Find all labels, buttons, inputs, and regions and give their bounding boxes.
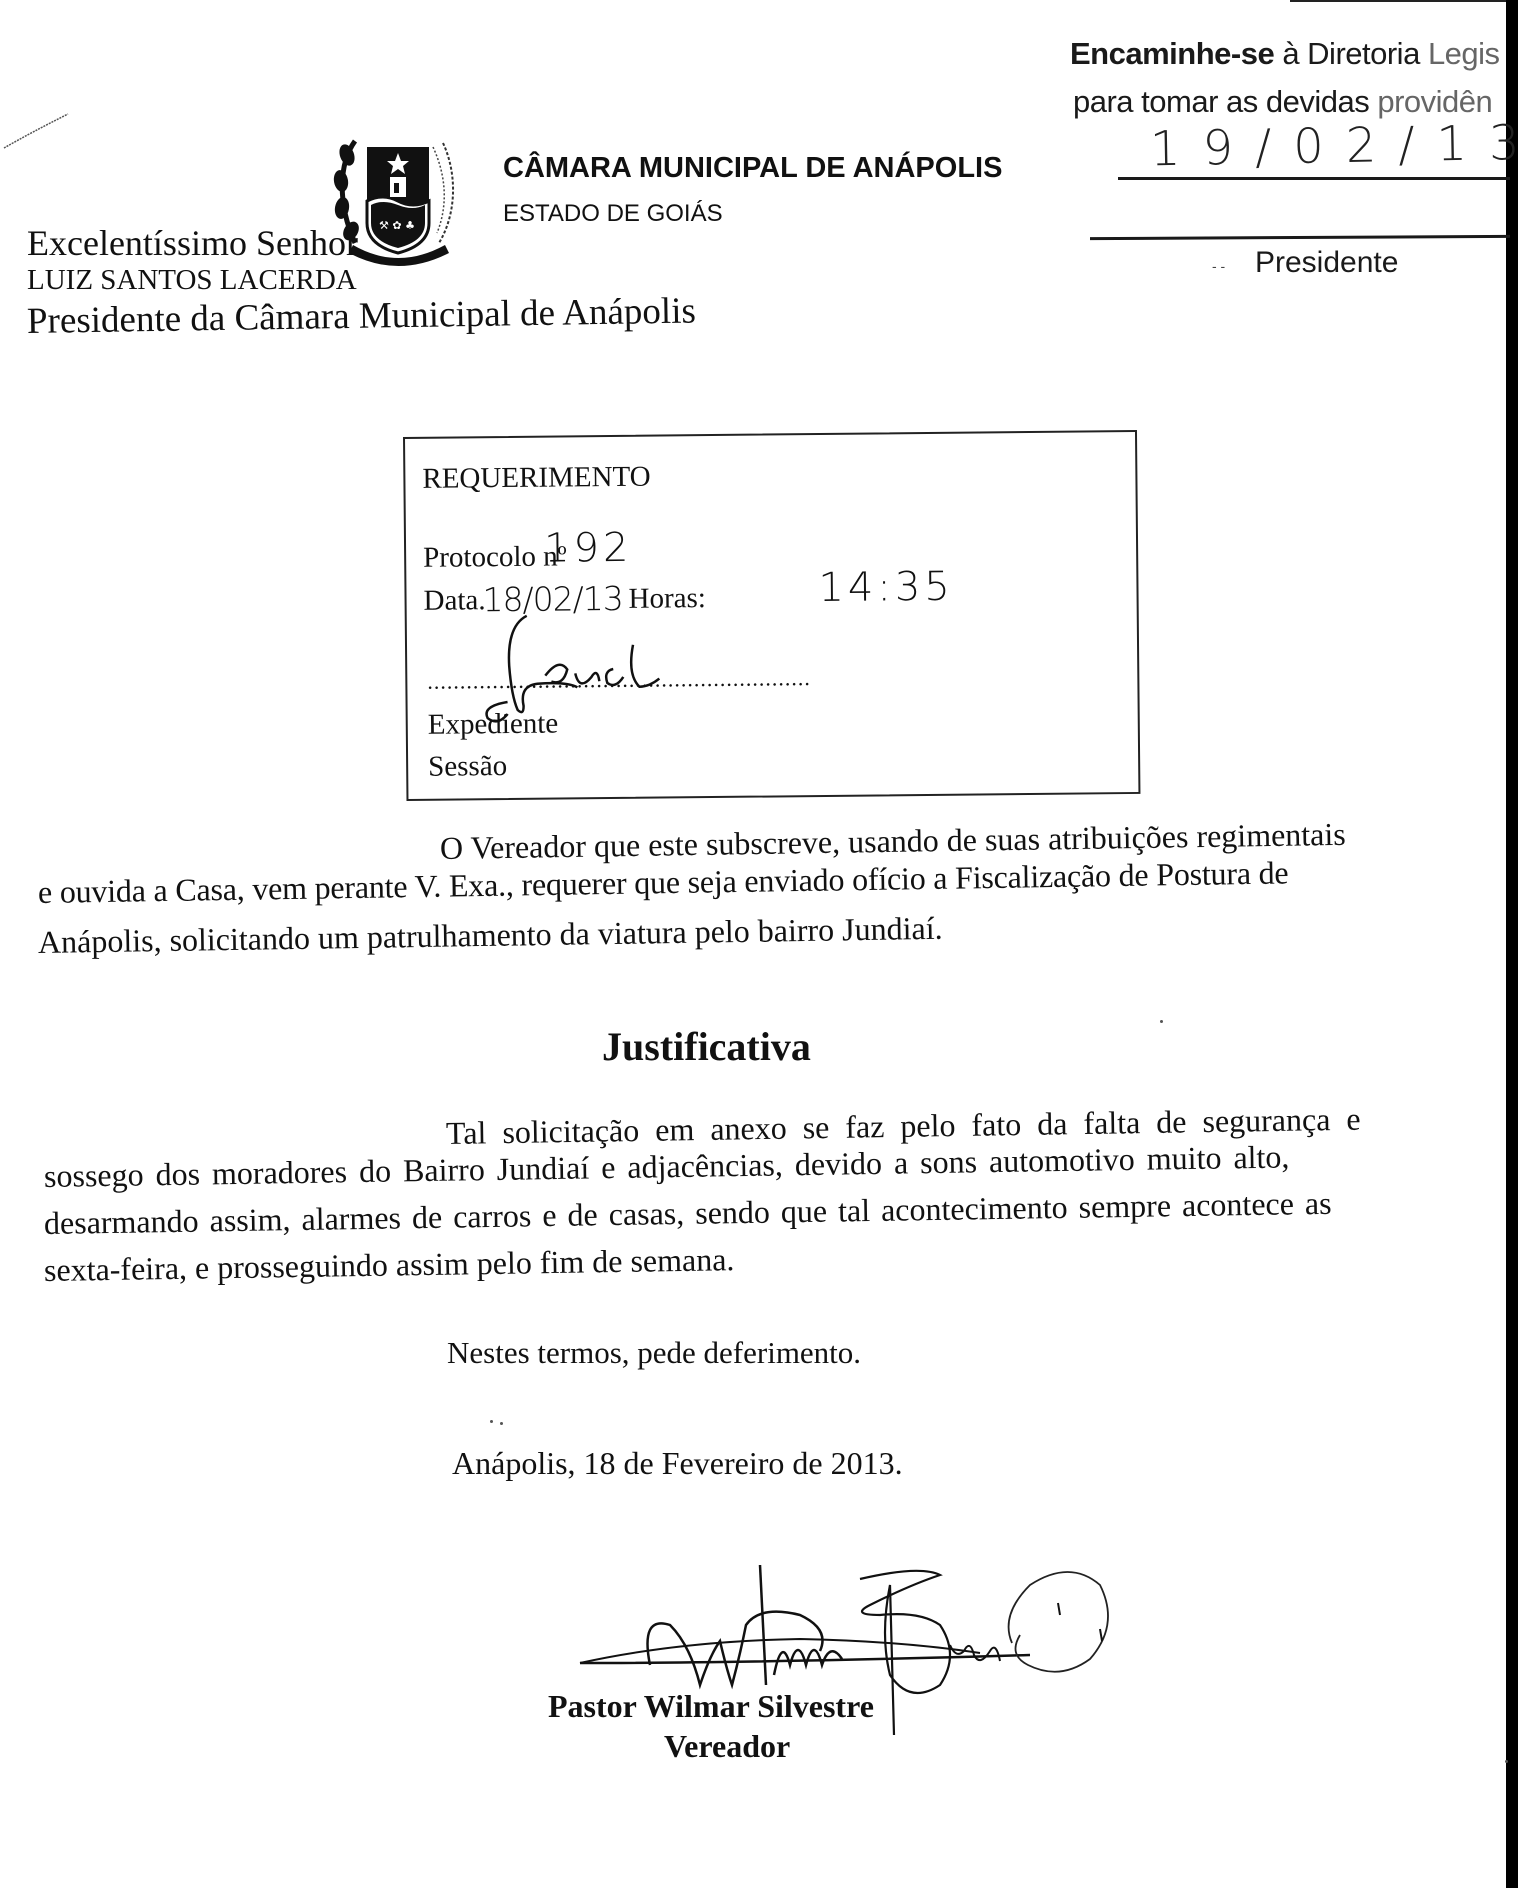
- scan-speck: [1160, 1020, 1163, 1023]
- scan-speck: [500, 1422, 503, 1425]
- dispatch-date-handwritten: 19/02/13: [1150, 115, 1518, 178]
- place-and-date: Anápolis, 18 de Fevereiro de 2013.: [452, 1445, 903, 1482]
- signer-role: Vereador: [664, 1728, 790, 1765]
- addressee-name: LUIZ SANTOS LACERDA: [27, 264, 357, 297]
- scan-speck: [490, 1420, 493, 1423]
- protocol-expediente-label: Expediente: [428, 708, 559, 742]
- addressee-title: Presidente da Câmara Municipal de Anápol…: [27, 289, 697, 343]
- protocol-sessao-label: Sessão: [428, 750, 507, 784]
- organization-state: ESTADO DE GOIÁS: [503, 200, 723, 228]
- dispatch-stamp-line-1: Encaminhe-se à Diretoria Legis: [1070, 36, 1500, 72]
- scan-edge-bar: [1506, 0, 1518, 1888]
- protocol-signature-dotted-line: ........................................…: [427, 665, 811, 695]
- protocol-box-title: REQUERIMENTO: [422, 461, 651, 496]
- dispatch-signature-label: Presidente: [1255, 246, 1398, 280]
- dispatch-stamp-line-2: para tomar as devidas providên: [1073, 84, 1492, 120]
- svg-text:⚒ ✿ ♣: ⚒ ✿ ♣: [379, 219, 415, 232]
- dispatch-signature-line: [1090, 235, 1510, 240]
- addressee-salutation: Excelentíssimo Senhor: [27, 222, 358, 264]
- protocol-time-value: 14:35: [818, 564, 954, 611]
- protocol-number-value: 192: [544, 525, 633, 572]
- justification-paragraph-line: sexta-feira, e prosseguindo assim pelo f…: [44, 1241, 735, 1289]
- pen-stroke-mark: [2, 110, 72, 150]
- top-border-line: [1290, 0, 1510, 2]
- dispatch-dash: - -: [1212, 258, 1225, 274]
- signer-name: Pastor Wilmar Silvestre: [548, 1688, 874, 1725]
- request-paragraph-line: Anápolis, solicitando um patrulhamento d…: [38, 910, 943, 961]
- handwritten-signature: [560, 1555, 1180, 1765]
- organization-name: CÂMARA MUNICIPAL DE ANÁPOLIS: [503, 152, 1002, 185]
- closing-phrase: Nestes termos, pede deferimento.: [447, 1335, 861, 1371]
- justification-heading: Justificativa: [602, 1023, 811, 1070]
- justification-paragraph-line: desarmando assim, alarmes de carros e de…: [44, 1185, 1332, 1242]
- protocol-box: REQUERIMENTO Protocolo nº 192 Data. 18/0…: [403, 430, 1140, 801]
- dispatch-date-line: [1118, 177, 1510, 180]
- scan-speck: [1505, 1760, 1508, 1763]
